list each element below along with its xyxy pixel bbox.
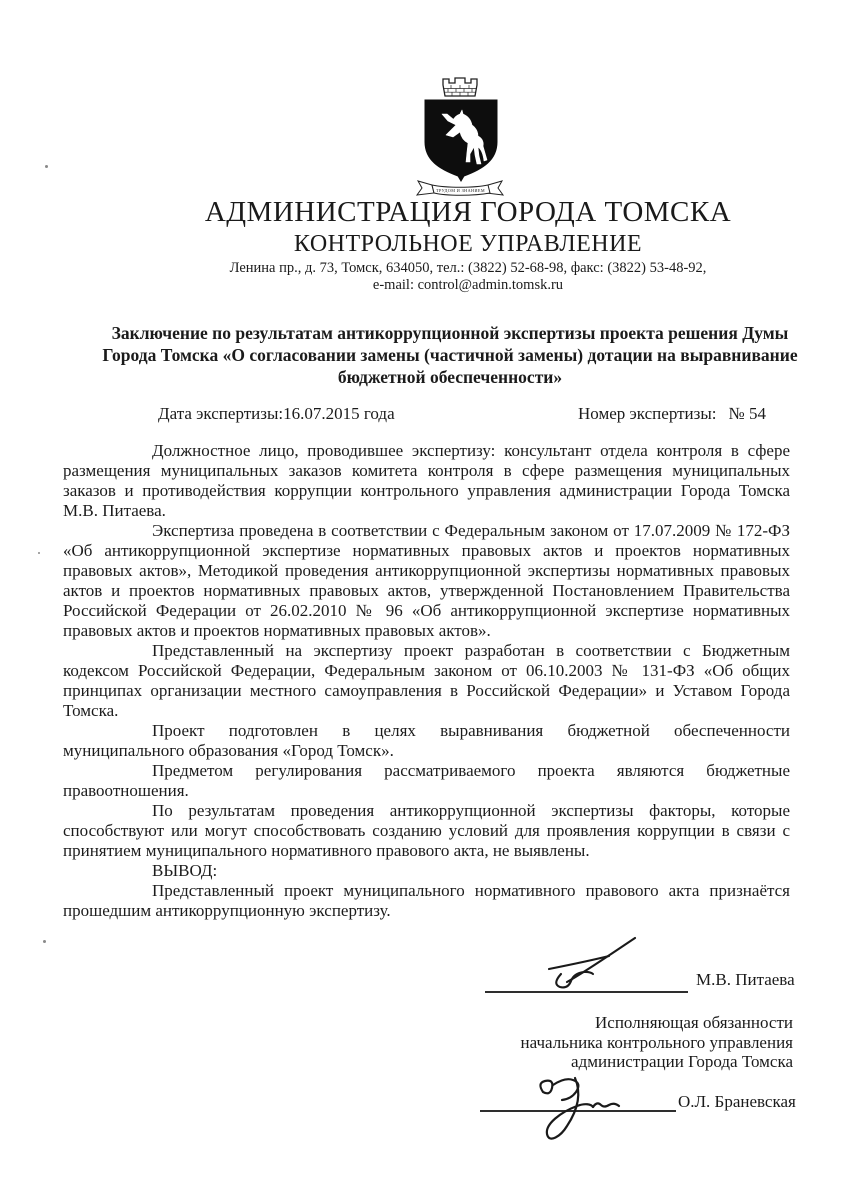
handwritten-signature-icon <box>545 934 705 994</box>
department-name: КОНТРОЛЬНОЕ УПРАВЛЕНИЕ <box>86 231 850 257</box>
expertise-number-label: Номер экспертизы: <box>578 404 717 423</box>
position-line: Исполняющая обязанности <box>521 1013 793 1033</box>
paragraph: Представленный на экспертизу проект разр… <box>63 641 790 721</box>
document-body: Должностное лицо, проводившее экспертизу… <box>63 441 790 921</box>
paragraph: Представленный проект муниципального нор… <box>63 881 790 921</box>
paragraph: По результатам проведения антикоррупцион… <box>63 801 790 861</box>
position-line: начальника контрольного управления <box>521 1033 793 1053</box>
paragraph: Экспертиза проведена в соответствии с Фе… <box>63 521 790 641</box>
paragraph: Проект подготовлен в целях выравнивания … <box>63 721 790 761</box>
signatory-position: Исполняющая обязанности начальника контр… <box>521 1013 793 1072</box>
position-line: администрации Города Томска <box>521 1052 793 1072</box>
tomsk-coat-of-arms: ТРУДОМ И ЗНАНИЕМ <box>412 76 508 198</box>
scan-speck <box>45 165 48 168</box>
scan-speck <box>43 940 46 943</box>
expertise-number-value: № 54 <box>729 404 766 423</box>
conclusion-label: ВЫВОД: <box>63 861 790 881</box>
motto-text: ТРУДОМ И ЗНАНИЕМ <box>436 188 485 193</box>
signatory-name: О.Л. Браневская <box>678 1092 796 1112</box>
scan-speck <box>38 552 40 554</box>
address-line: Ленина пр., д. 73, Томск, 634050, тел.: … <box>86 260 850 277</box>
paragraph: Должностное лицо, проводившее экспертизу… <box>63 441 790 521</box>
expertise-number: Номер экспертизы:№ 54 <box>578 404 766 424</box>
organization-name: АДМИНИСТРАЦИЯ ГОРОДА ТОМСКА <box>86 197 850 228</box>
paragraph: Предметом регулирования рассматриваемого… <box>63 761 790 801</box>
document-title: Заключение по результатам антикоррупцион… <box>100 322 800 388</box>
handwritten-signature-icon <box>533 1074 637 1148</box>
expertise-date: Дата экспертизы:16.07.2015 года <box>158 404 395 424</box>
email-line: e-mail: control@admin.tomsk.ru <box>86 277 850 294</box>
signatory-name: М.В. Питаева <box>696 970 795 990</box>
scanned-document-page: ТРУДОМ И ЗНАНИЕМ АДМИНИСТРАЦИЯ ГОРОДА ТО… <box>0 0 850 1202</box>
